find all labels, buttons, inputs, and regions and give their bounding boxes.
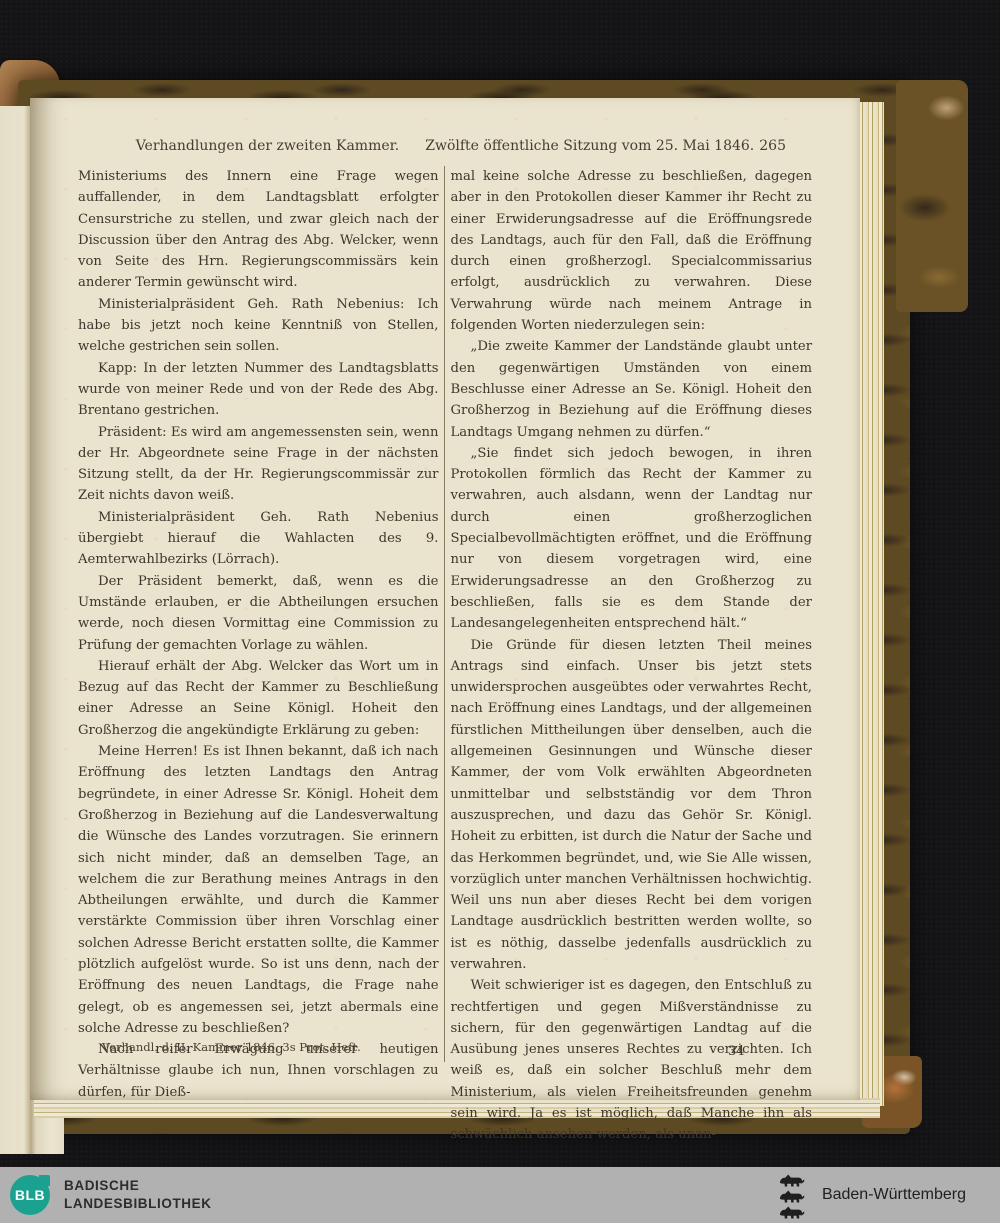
page-block-edge-right — [856, 102, 884, 1106]
baden-wuerttemberg-three-lions-icon — [774, 1171, 810, 1219]
library-name-line2: LANDESBIBLIOTHEK — [64, 1195, 212, 1213]
paragraph: Weit schwieriger ist es dagegen, den Ent… — [451, 975, 813, 1145]
paragraph: Ministerialpräsident Geh. Rath Nebenius:… — [78, 294, 439, 358]
column-right: mal keine solche Adresse zu beschließen,… — [444, 166, 813, 1062]
paragraph: mal keine solche Adresse zu beschließen,… — [451, 166, 813, 336]
state-label: Baden-Württemberg — [822, 1186, 966, 1204]
blb-logo-label: BLB — [15, 1187, 45, 1203]
paragraph-quote: „Die zweite Kammer der Landstände glaubt… — [451, 336, 813, 442]
paragraph-quote: „Sie findet sich jedoch bewogen, in ihre… — [451, 443, 813, 635]
text-columns: Ministeriums des Innern eine Frage wegen… — [78, 166, 812, 1062]
paragraph: Meine Herren! Es ist Ihnen bekannt, daß … — [78, 741, 439, 1039]
page-number: 265 — [759, 138, 786, 154]
running-header: Verhandlungen der zweiten Kammer. Zwölft… — [78, 138, 812, 160]
library-branding-bar: BLB BADISCHE LANDESBIBLIOTHEK Baden-Würt… — [0, 1167, 1000, 1223]
digitized-page-scan: Verhandlungen der zweiten Kammer. Zwölft… — [0, 0, 1000, 1223]
paragraph: Ministerialpräsident Geh. Rath Nebenius … — [78, 507, 439, 571]
paragraph: Hierauf erhält der Abg. Welcker das Wort… — [78, 656, 439, 741]
paragraph: Ministeriums des Innern eine Frage wegen… — [78, 166, 439, 294]
scanned-page: Verhandlungen der zweiten Kammer. Zwölft… — [30, 98, 860, 1100]
blb-logo: BLB — [10, 1175, 50, 1215]
running-header-right: Zwölfte öffentliche Sitzung vom 25. Mai … — [425, 138, 754, 160]
paragraph: Präsident: Es wird am angemessensten sei… — [78, 422, 439, 507]
library-branding-left: BLB BADISCHE LANDESBIBLIOTHEK — [0, 1175, 212, 1215]
book-cover-corner-top-right — [896, 80, 968, 312]
running-header-left: Verhandlungen der zweiten Kammer. — [136, 138, 400, 160]
library-name-line1: BADISCHE — [64, 1177, 212, 1195]
paragraph: Die Gründe für diesen letzten Theil mein… — [451, 635, 813, 976]
paragraph: Der Präsident bemerkt, daß, wenn es die … — [78, 571, 439, 656]
volume-footer-note: Verhandl. d. II. Kammer 1846, 3s Prot. H… — [102, 1040, 361, 1054]
state-branding: Baden-Württemberg — [774, 1171, 1000, 1219]
paragraph: Kapp: In der letzten Nummer des Landtags… — [78, 358, 439, 422]
library-name: BADISCHE LANDESBIBLIOTHEK — [64, 1177, 212, 1212]
signature-mark: 34 — [728, 1044, 745, 1059]
column-left: Ministeriums des Innern eine Frage wegen… — [78, 166, 444, 1062]
